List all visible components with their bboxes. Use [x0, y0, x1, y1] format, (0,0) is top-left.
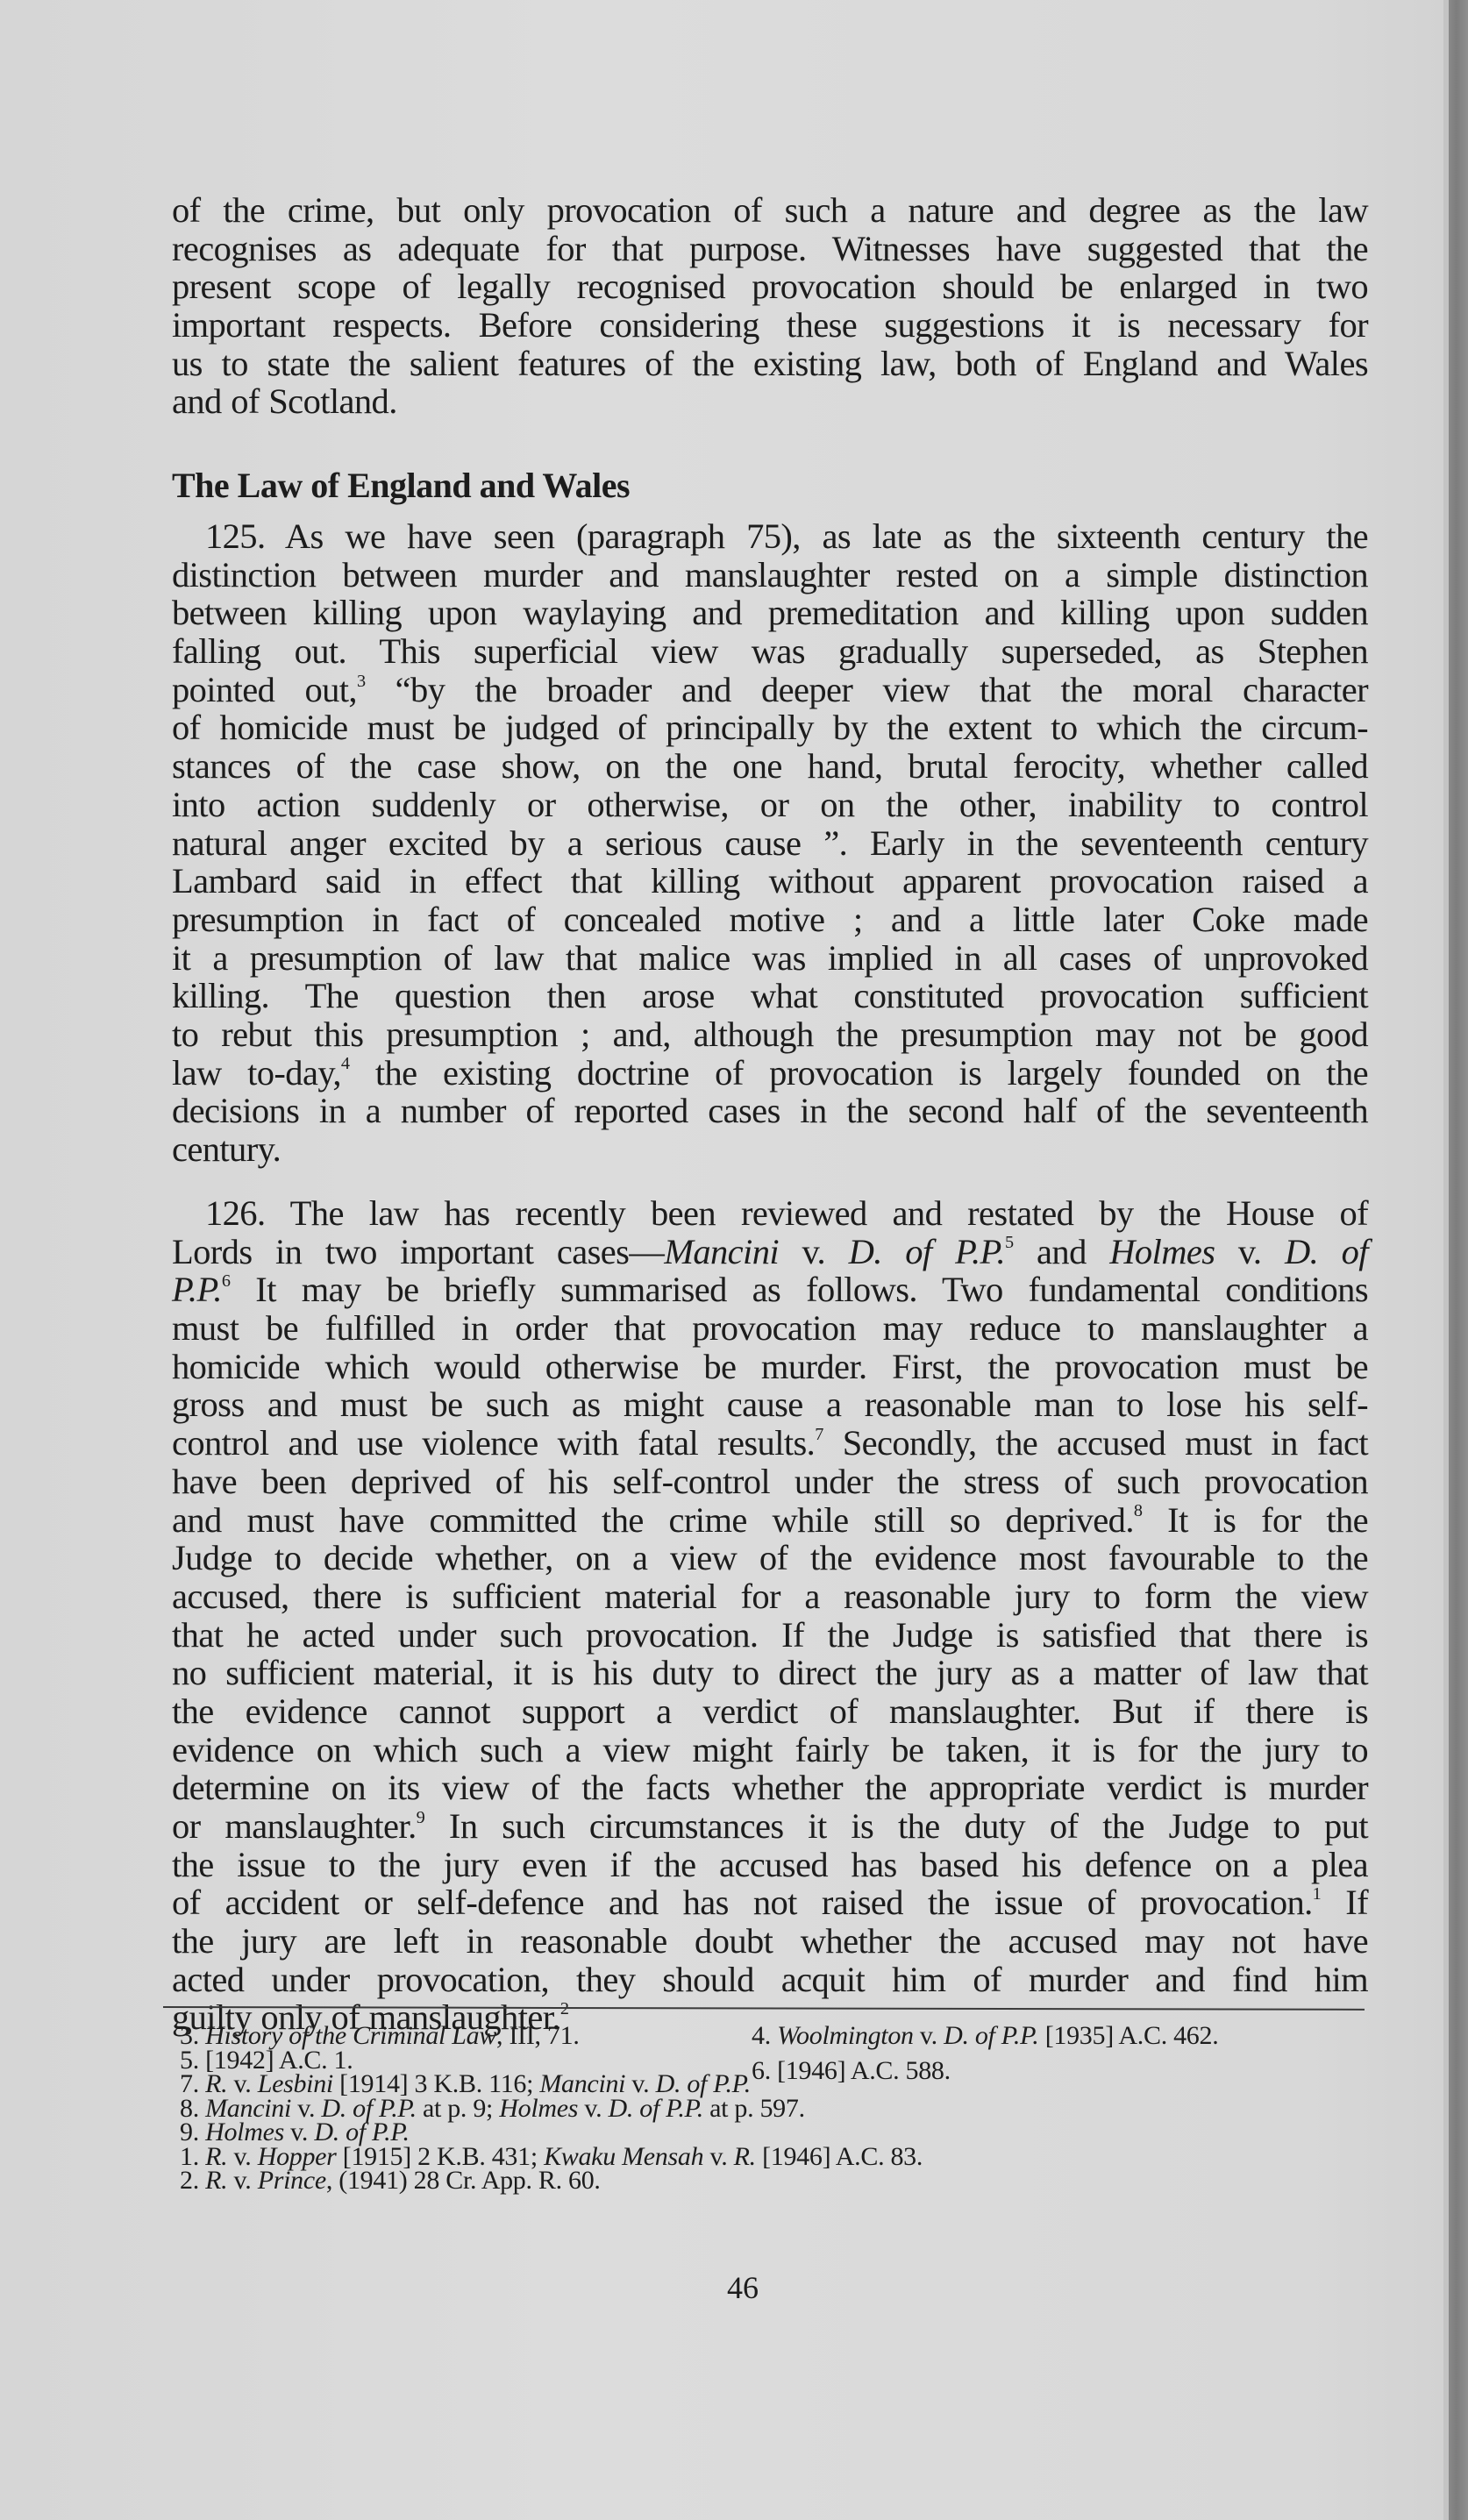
- footnote-reference: 5: [1005, 1233, 1014, 1252]
- footnote-reference: 3: [357, 672, 366, 691]
- text-line: natural anger excited by a serious cause…: [172, 824, 1368, 863]
- text-line: Lords in two important cases—Mancini v. …: [172, 1233, 1368, 1271]
- text-line: gross and must be such as might cause a …: [172, 1385, 1368, 1424]
- footnote-reference: 9: [417, 1808, 425, 1827]
- footnote-reference: 4: [341, 1054, 350, 1073]
- text-line: pointed out,3 “by the broader and deeper…: [172, 671, 1368, 709]
- italic-citation: Mancini: [664, 1232, 779, 1271]
- text-line: of accident or self-defence and has not …: [172, 1883, 1368, 1922]
- italic-citation: Holmes: [499, 2094, 578, 2123]
- paragraph-126: 126. The law has recently been reviewed …: [172, 1194, 1368, 2037]
- page-number: 46: [0, 2269, 1468, 2306]
- italic-citation: R.: [205, 2166, 227, 2195]
- text-line: the jury are left in reasonable doubt wh…: [172, 1922, 1368, 1961]
- text-line: of the crime, but only provocation of su…: [172, 191, 1368, 230]
- text-line: Judge to decide whether, on a view of th…: [172, 1539, 1368, 1577]
- italic-citation: D. of P.P.: [609, 2094, 703, 2123]
- text-line: presumption in fact of concealed motive …: [172, 901, 1368, 939]
- text-line: 125. As we have seen (paragraph 75), as …: [172, 517, 1368, 556]
- footnote-reference: 2: [560, 1999, 569, 2018]
- text-line: recognises as adequate for that purpose.…: [172, 230, 1368, 268]
- footnotes: 3. History of the Criminal Law, III, 71.…: [180, 2024, 1372, 2193]
- text-line: stances of the case show, on the one han…: [172, 747, 1368, 786]
- book-spine-edge: [1449, 0, 1468, 2520]
- footnote-reference: 1: [1313, 1884, 1322, 1904]
- italic-citation: R.: [734, 2142, 756, 2171]
- footnote-reference: 6: [222, 1271, 231, 1291]
- text-line: 126. The law has recently been reviewed …: [172, 1194, 1368, 1233]
- text-line: and must have committed the crime while …: [172, 1501, 1368, 1540]
- footnote-entry: 4. Woolmington v. D. of P.P. [1935] A.C.…: [752, 2024, 1218, 2048]
- footnote-row: 7. R. v. Lesbini [1914] 3 K.B. 116; Manc…: [180, 2072, 1372, 2096]
- text-line: decisions in a number of reported cases …: [172, 1092, 1368, 1130]
- text-line: us to state the salient features of the …: [172, 345, 1368, 383]
- section-heading: The Law of England and Wales: [172, 466, 630, 505]
- footnote-row: 8. Mancini v. D. of P.P. at p. 9; Holmes…: [180, 2096, 1372, 2121]
- text-line: into action suddenly or otherwise, or on…: [172, 786, 1368, 824]
- text-line: homicide which would otherwise be murder…: [172, 1348, 1368, 1386]
- text-line: killing. The question then arose what co…: [172, 977, 1368, 1015]
- italic-citation: D. of P.P.: [849, 1232, 1005, 1271]
- footnote-row: 5. [1942] A.C. 1.6. [1946] A.C. 588.: [180, 2048, 1372, 2073]
- text-line: control and use violence with fatal resu…: [172, 1424, 1368, 1463]
- text-line: the evidence cannot support a verdict of…: [172, 1692, 1368, 1731]
- text-line: distinction between murder and manslaugh…: [172, 556, 1368, 594]
- text-line: Lambard said in effect that killing with…: [172, 862, 1368, 901]
- text-line: P.P.6 It may be briefly summarised as fo…: [172, 1271, 1368, 1309]
- text-line: acted under provocation, they should acq…: [172, 1961, 1368, 1999]
- text-line: the issue to the jury even if the accuse…: [172, 1846, 1368, 1884]
- text-line: century.: [172, 1130, 1368, 1169]
- text-line: and of Scotland.: [172, 382, 1368, 421]
- footnote-row: 2. R. v. Prince, (1941) 28 Cr. App. R. 6…: [180, 2168, 1372, 2193]
- text-line: present scope of legally recognised prov…: [172, 267, 1368, 306]
- text-line: must be fulfilled in order that provocat…: [172, 1309, 1368, 1348]
- italic-citation: Prince: [258, 2166, 326, 2195]
- text-line: determine on its view of the facts wheth…: [172, 1769, 1368, 1807]
- italic-citation: D. of: [1285, 1232, 1368, 1271]
- footnote-row: 1. R. v. Hopper [1915] 2 K.B. 431; Kwaku…: [180, 2145, 1372, 2169]
- italic-citation: D. of P.P.: [944, 2021, 1038, 2050]
- text-line: between killing upon waylaying and preme…: [172, 594, 1368, 632]
- text-line: evidence on which such a view might fair…: [172, 1731, 1368, 1769]
- italic-citation: Woolmington: [777, 2021, 914, 2050]
- text-line: law to-day,4 the existing doctrine of pr…: [172, 1054, 1368, 1093]
- footnote-row: 9. Holmes v. D. of P.P.: [180, 2120, 1372, 2145]
- text-line: falling out. This superficial view was g…: [172, 632, 1368, 671]
- text-line: important respects. Before considering t…: [172, 306, 1368, 345]
- footnote-reference: 7: [815, 1425, 823, 1444]
- text-line: that he acted under such provocation. If…: [172, 1616, 1368, 1655]
- text-line: no sufficient material, it is his duty t…: [172, 1654, 1368, 1692]
- text-line: accused, there is sufficient material fo…: [172, 1577, 1368, 1616]
- text-line: or manslaughter.9 In such circumstances …: [172, 1807, 1368, 1846]
- text-line: it a presumption of law that malice was …: [172, 939, 1368, 978]
- footnote-row: 3. History of the Criminal Law, III, 71.…: [180, 2024, 1372, 2048]
- footnote-entry: 2. R. v. Prince, (1941) 28 Cr. App. R. 6…: [180, 2166, 601, 2195]
- intro-paragraph: of the crime, but only provocation of su…: [172, 191, 1368, 421]
- footnote-reference: 8: [1134, 1501, 1143, 1520]
- text-line: to rebut this presumption ; and, althoug…: [172, 1015, 1368, 1054]
- text-line: have been deprived of his self-control u…: [172, 1463, 1368, 1501]
- text-line: of homicide must be judged of principall…: [172, 708, 1368, 747]
- paragraph-125: 125. As we have seen (paragraph 75), as …: [172, 517, 1368, 1169]
- italic-citation: Holmes: [1109, 1232, 1215, 1271]
- italic-citation: P.P.: [172, 1270, 222, 1309]
